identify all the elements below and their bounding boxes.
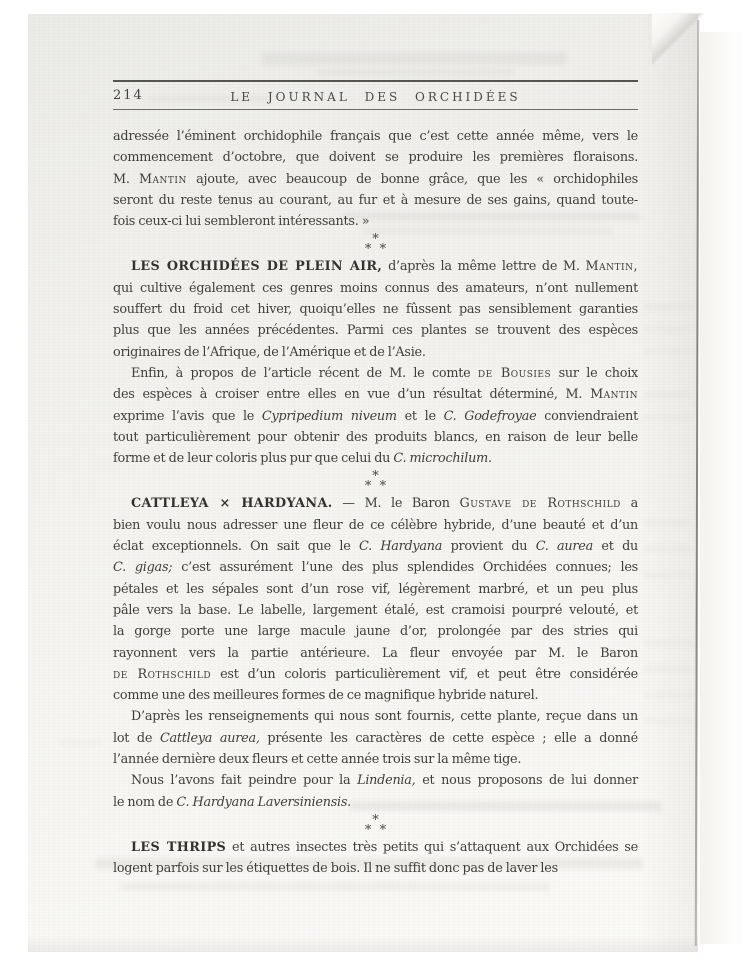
text-line: pétales et les sépales sont d’un rose vi… bbox=[113, 579, 638, 600]
smallcaps-proper-name: de Bousies bbox=[478, 366, 551, 381]
italic-species-name: C. gigas; bbox=[113, 560, 172, 575]
plain-text: plus que les années précédentes. Parmi c… bbox=[113, 323, 638, 338]
paragraph: Nous l’avons fait peindre pour la Linden… bbox=[113, 770, 638, 813]
plain-text: a bbox=[621, 496, 638, 511]
text-line: LES THRIPS et autres insectes très petit… bbox=[113, 837, 638, 858]
text-line: le nom de C. Hardyana Laversiniensis. bbox=[113, 792, 638, 813]
plain-text: rayonnent vers la partie antérieure. La … bbox=[113, 646, 638, 661]
italic-species-name: C. Hardyana bbox=[359, 539, 442, 554]
plain-text: adressée l’éminent orchidophile français… bbox=[113, 129, 638, 144]
italic-species-name: C. Godefroyae bbox=[444, 409, 537, 424]
paragraph: Enfin, à propos de l’article récent de M… bbox=[113, 363, 638, 469]
text-line: souffert du froid cet hiver, quoiqu’elle… bbox=[113, 299, 638, 320]
bold-heading-text: LES THRIPS bbox=[131, 840, 226, 855]
plain-text: présente les caractères de cette espèce … bbox=[260, 731, 638, 746]
header-rule-bottom bbox=[113, 109, 638, 110]
asterism-bottom: * * bbox=[113, 482, 638, 492]
plain-text: originaires de l’Afrique, de l’Amérique … bbox=[113, 345, 426, 360]
asterism-separator: ** * bbox=[113, 471, 638, 492]
plain-text: sur le choix bbox=[551, 366, 638, 381]
bold-heading-text: LES ORCHIDÉES DE PLEIN AIR, bbox=[131, 259, 382, 274]
bold-heading-text: CATTLEYA × HARDYANA. bbox=[131, 496, 333, 511]
plain-text: lot de bbox=[113, 731, 160, 746]
text-line: bien voulu nous adresser une fleur de ce… bbox=[113, 515, 638, 536]
plain-text: éclat exceptionnels. On sait que le bbox=[113, 539, 359, 554]
smallcaps-proper-name: de Rothschild bbox=[113, 667, 211, 682]
plain-text: . bbox=[488, 451, 492, 466]
page-edge-strip bbox=[700, 32, 742, 944]
paragraph: adressée l’éminent orchidophile français… bbox=[113, 126, 638, 232]
text-line: M. Mantin ajoute, avec beaucoup de bonne… bbox=[113, 169, 638, 190]
text-line: rayonnent vers la partie antérieure. La … bbox=[113, 643, 638, 664]
paragraph: CATTLEYA × HARDYANA. — M. le Baron Gusta… bbox=[113, 493, 638, 706]
plain-text: d’après la même lettre de M. bbox=[382, 259, 585, 274]
plain-text: des espèces à croiser entre elles en vue… bbox=[113, 387, 590, 402]
text-line: lot de Cattleya aurea, présente les cara… bbox=[113, 728, 638, 749]
smallcaps-proper-name: Mantin bbox=[139, 172, 187, 187]
paragraph: LES THRIPS et autres insectes très petit… bbox=[113, 837, 638, 880]
plain-text: Enfin, à propos de l’article récent de M… bbox=[131, 366, 478, 381]
text-line: originaires de l’Afrique, de l’Amérique … bbox=[113, 342, 638, 363]
corner-fold bbox=[652, 13, 704, 65]
plain-text: fois ceux-ci lui sembleront intéressants… bbox=[113, 214, 369, 229]
smallcaps-proper-name: Mantin bbox=[590, 387, 638, 402]
italic-species-name: Cypripedium niveum bbox=[262, 409, 397, 424]
paragraph: LES ORCHIDÉES DE PLEIN AIR, d’après la m… bbox=[113, 256, 638, 362]
text-line: C. gigas; c’est assurément l’une des plu… bbox=[113, 557, 638, 578]
plain-text: comme une des meilleures formes de ce ma… bbox=[113, 688, 538, 703]
plain-text: souffert du froid cet hiver, quoiqu’elle… bbox=[113, 302, 638, 317]
plain-text: tout particulièrement pour obtenir des p… bbox=[113, 430, 638, 445]
text-line: l’année dernière deux fleurs et cette an… bbox=[113, 749, 638, 770]
italic-species-name: Lindenia, bbox=[357, 773, 415, 788]
plain-text: et du bbox=[593, 539, 638, 554]
asterism-separator: ** * bbox=[113, 234, 638, 255]
plain-text: seront du reste tenus au courant, au fur… bbox=[113, 193, 638, 208]
text-line: seront du reste tenus au courant, au fur… bbox=[113, 190, 638, 211]
plain-text: le nom de bbox=[113, 795, 176, 810]
plain-text: et le bbox=[397, 409, 444, 424]
plain-text: Nous l’avons fait peindre pour la bbox=[131, 773, 357, 788]
text-line: la gorge porte une large macule jaune d’… bbox=[113, 621, 638, 642]
smallcaps-proper-name: Mantin, bbox=[586, 259, 638, 274]
plain-text: ajoute, avec beaucoup de bonne grâce, qu… bbox=[187, 172, 638, 187]
text-line: CATTLEYA × HARDYANA. — M. le Baron Gusta… bbox=[113, 493, 638, 514]
italic-species-name: Cattleya aurea, bbox=[160, 731, 260, 746]
plain-text: commencement d’octobre, que doivent se p… bbox=[113, 150, 638, 165]
plain-text: M. bbox=[113, 172, 139, 187]
text-line: adressée l’éminent orchidophile français… bbox=[113, 126, 638, 147]
asterism-separator: ** * bbox=[113, 815, 638, 836]
paragraph: D’après les renseignements qui nous sont… bbox=[113, 706, 638, 770]
text-line: Nous l’avons fait peindre pour la Linden… bbox=[113, 770, 638, 791]
text-line: qui cultive également ces genres moins c… bbox=[113, 278, 638, 299]
plain-text: et nous proposons de lui donner bbox=[415, 773, 638, 788]
plain-text: pâle vers la base. Le labelle, largement… bbox=[113, 603, 638, 618]
page-curvature-shade bbox=[640, 14, 698, 952]
plain-text: exprime l’avis que le bbox=[113, 409, 262, 424]
plain-text: pétales et les sépales sont d’un rose vi… bbox=[113, 582, 638, 597]
text-line: tout particulièrement pour obtenir des p… bbox=[113, 427, 638, 448]
plain-text: et autres insectes très petits qui s’att… bbox=[226, 840, 638, 855]
text-line: plus que les années précédentes. Parmi c… bbox=[113, 320, 638, 341]
text-line: comme une des meilleures formes de ce ma… bbox=[113, 685, 638, 706]
plain-text: D’après les renseignements qui nous sont… bbox=[131, 709, 638, 724]
italic-species-name: C. Hardyana Laversiniensis. bbox=[176, 795, 351, 810]
text-line: D’après les renseignements qui nous sont… bbox=[113, 706, 638, 727]
plain-text: qui cultive également ces genres moins c… bbox=[113, 281, 638, 296]
text-line: forme et de leur coloris plus pur que ce… bbox=[113, 448, 638, 469]
plain-text: — M. le Baron bbox=[333, 496, 460, 511]
text-line: de Rothschild est d’un coloris particuli… bbox=[113, 664, 638, 685]
plain-text: la gorge porte une large macule jaune d’… bbox=[113, 624, 638, 639]
text-line: exprime l’avis que le Cypripedium niveum… bbox=[113, 406, 638, 427]
plain-text: c’est assurément l’une des plus splendid… bbox=[172, 560, 638, 575]
journal-title: LE JOURNAL DES ORCHIDÉES bbox=[113, 90, 638, 104]
text-line: LES ORCHIDÉES DE PLEIN AIR, d’après la m… bbox=[113, 256, 638, 277]
text-line: pâle vers la base. Le labelle, largement… bbox=[113, 600, 638, 621]
plain-text: provient du bbox=[442, 539, 536, 554]
text-line: Enfin, à propos de l’article récent de M… bbox=[113, 363, 638, 384]
italic-species-name: C. microchilum bbox=[393, 451, 488, 466]
scanned-journal-page: { "page": { "number": "214", "journal_ti… bbox=[0, 0, 750, 969]
text-line: éclat exceptionnels. On sait que le C. H… bbox=[113, 536, 638, 557]
smallcaps-proper-name: Gustave de Rothschild bbox=[459, 496, 620, 511]
text-line: des espèces à croiser entre elles en vue… bbox=[113, 384, 638, 405]
asterism-bottom: * * bbox=[113, 245, 638, 255]
asterism-bottom: * * bbox=[113, 826, 638, 836]
text-line: commencement d’octobre, que doivent se p… bbox=[113, 147, 638, 168]
plain-text: est d’un coloris particulièrement vif, e… bbox=[211, 667, 638, 682]
text-line: logent parfois sur les étiquettes de boi… bbox=[113, 858, 638, 879]
header-rule-top bbox=[113, 80, 638, 82]
body-text: adressée l’éminent orchidophile français… bbox=[113, 126, 638, 880]
italic-species-name: C. aurea bbox=[536, 539, 593, 554]
plain-text: conviendraient bbox=[536, 409, 638, 424]
plain-text: logent parfois sur les étiquettes de boi… bbox=[113, 861, 558, 876]
plain-text: l’année dernière deux fleurs et cette an… bbox=[113, 752, 521, 767]
plain-text: bien voulu nous adresser une fleur de ce… bbox=[113, 518, 638, 533]
text-line: fois ceux-ci lui sembleront intéressants… bbox=[113, 211, 638, 232]
plain-text: forme et de leur coloris plus pur que ce… bbox=[113, 451, 393, 466]
